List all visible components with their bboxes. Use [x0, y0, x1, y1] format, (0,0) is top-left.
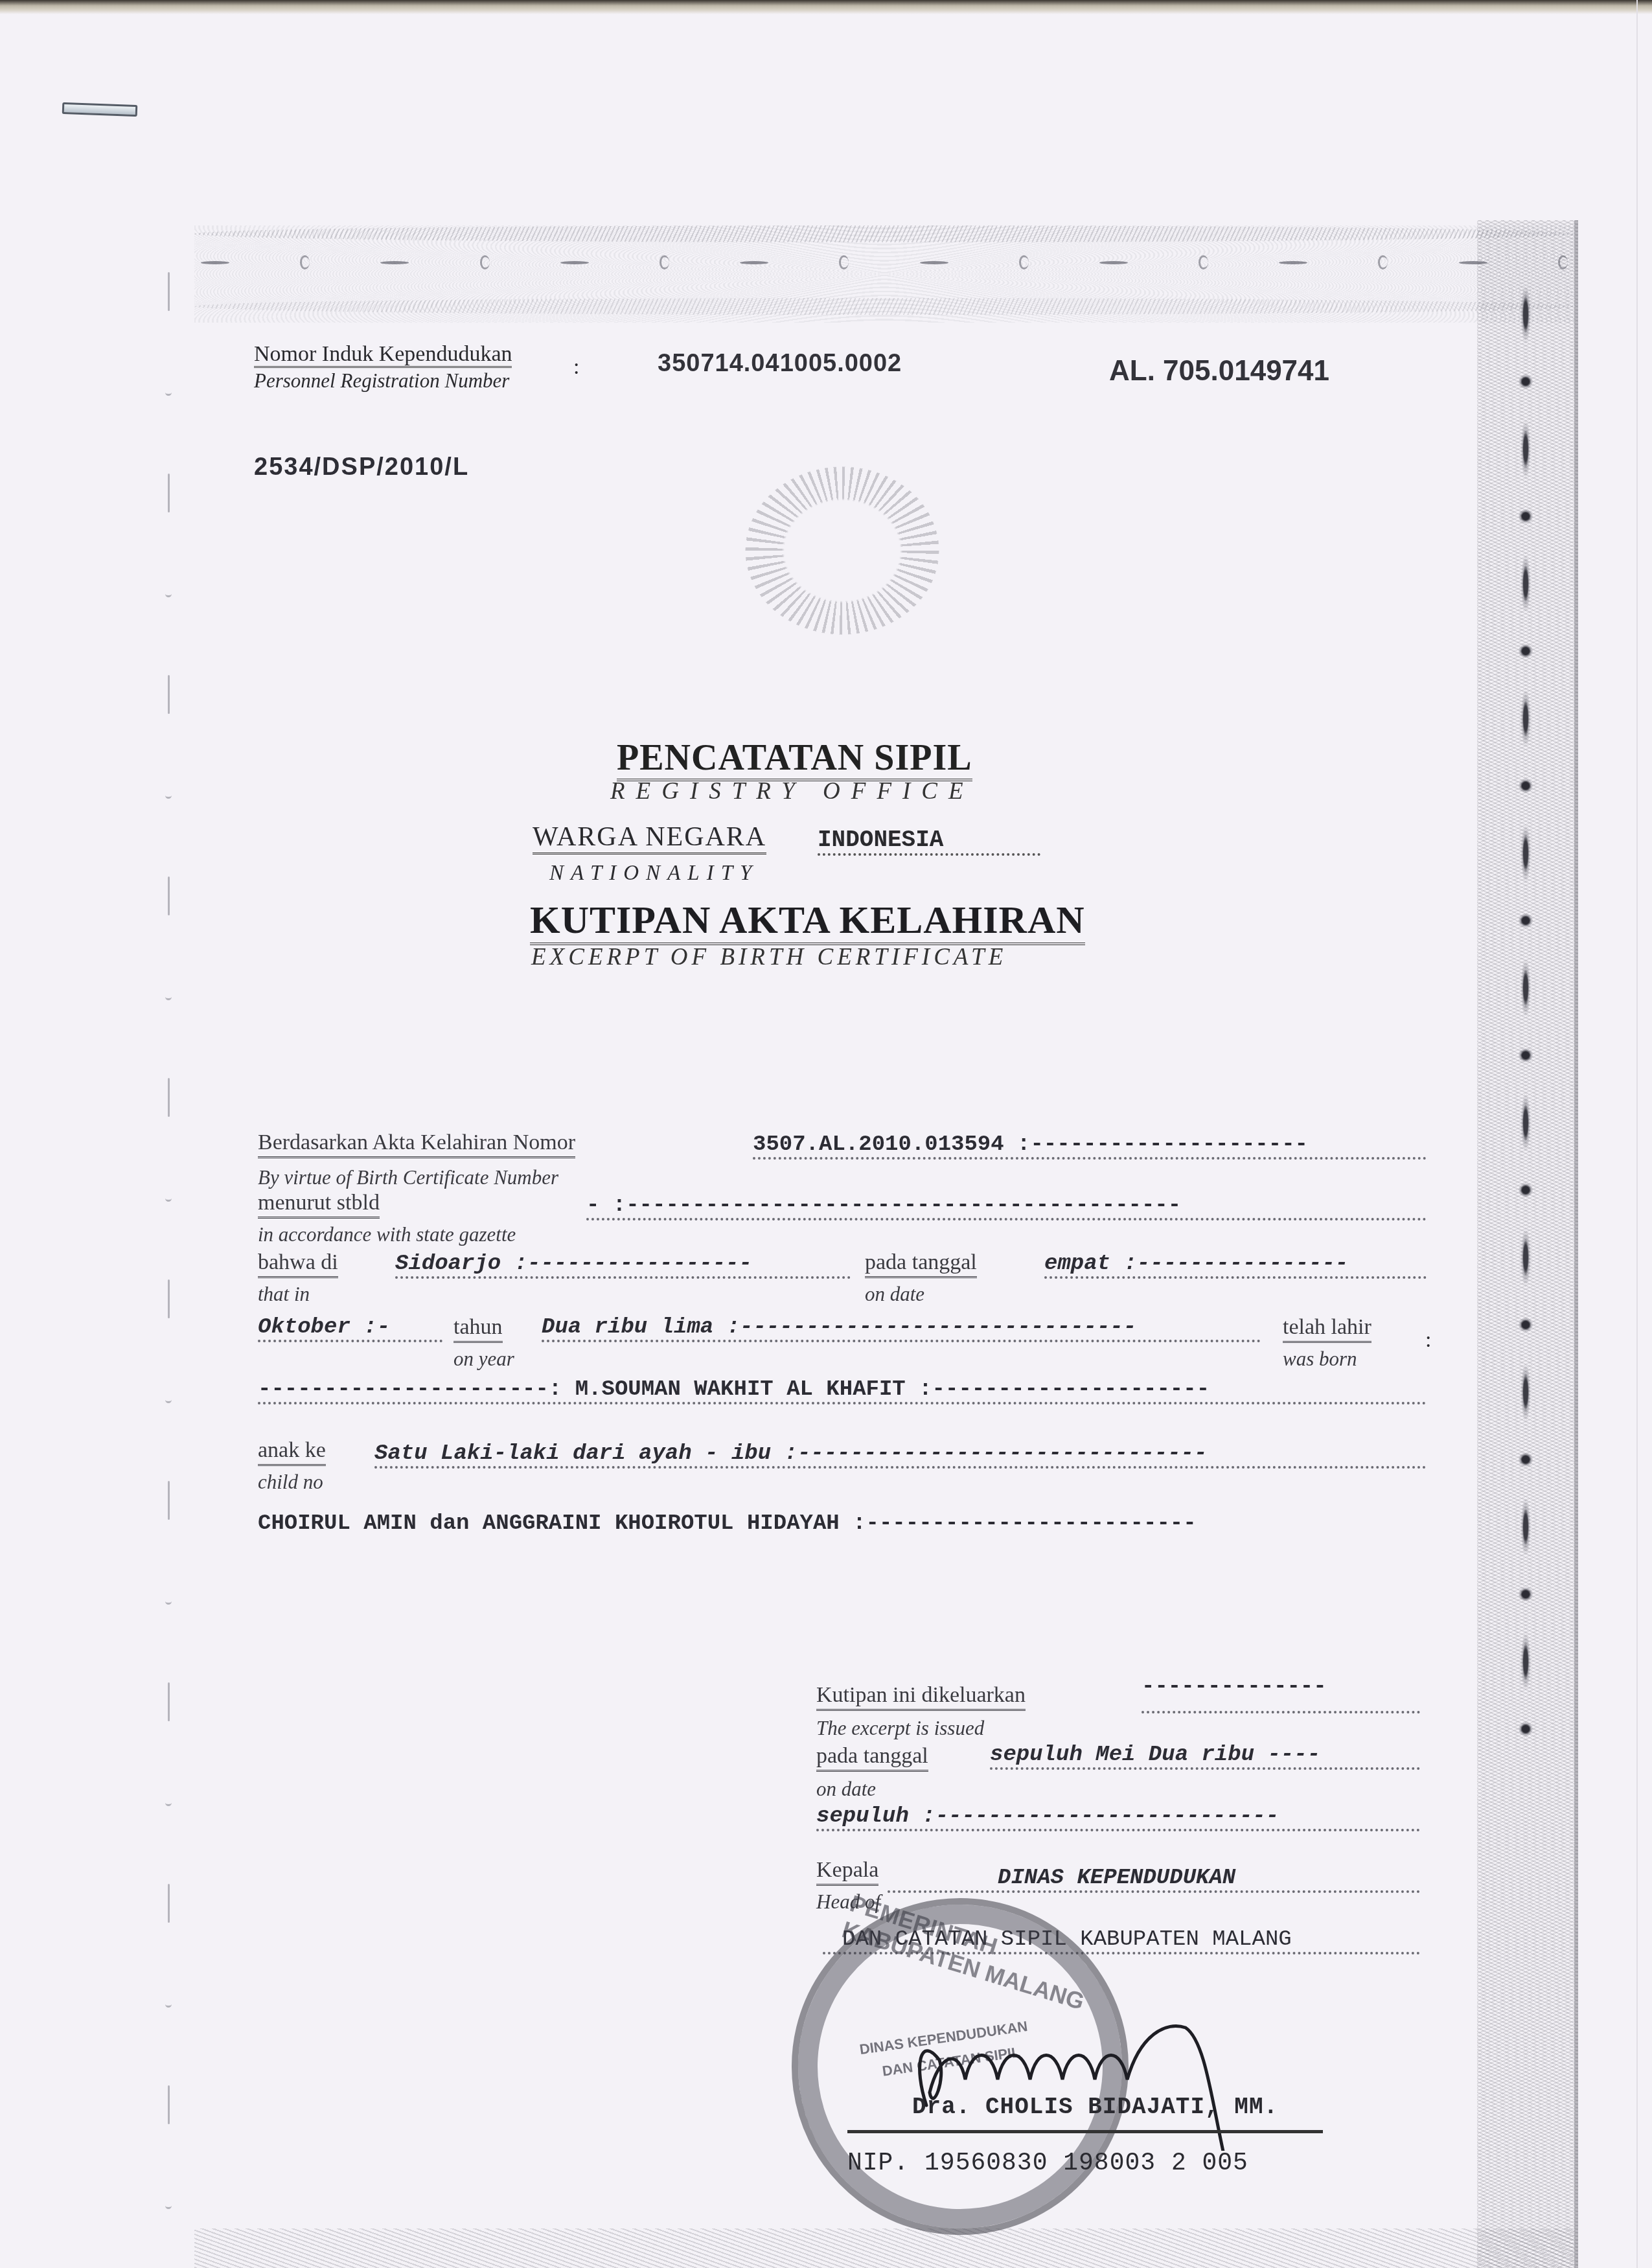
birth-month-value: Oktober :-: [258, 1315, 442, 1342]
serial-number: AL. 705.0149741: [1109, 355, 1329, 387]
border-bottom: [194, 2228, 1574, 2268]
birth-date-label-en: on date: [865, 1283, 924, 1306]
issue-date-value-cont: sepuluh :--------------------------: [816, 1804, 1420, 1831]
child-no-label-en: child no: [258, 1471, 323, 1494]
office-title-en: REGISTRY OFFICE: [610, 777, 974, 805]
nationality-value: INDONESIA: [818, 827, 1040, 856]
place-value: Sidoarjo :-----------------: [395, 1252, 851, 1279]
place-label-en: that in: [258, 1283, 310, 1306]
signature-line: [847, 2130, 1323, 2133]
office-title: PENCATATAN SIPIL: [617, 737, 972, 781]
year-label: tahun: [453, 1315, 503, 1343]
born-label-en: was born: [1283, 1347, 1357, 1371]
born-colon: :: [1425, 1328, 1431, 1353]
parents-names: CHOIRUL AMIN dan ANGGRAINI KHOIROTUL HID…: [258, 1511, 1197, 1536]
place-label: bahwa di: [258, 1250, 338, 1278]
year-label-en: on year: [453, 1347, 514, 1371]
issue-date-label: pada tanggal: [816, 1744, 928, 1772]
document-title-en: EXCERPT OF BIRTH CERTIFICATE: [531, 943, 1007, 971]
issued-label-en: The excerpt is issued: [816, 1717, 984, 1740]
head-office-line-1: DINAS KEPENDUDUKAN: [888, 1866, 1420, 1893]
border-top-ornaments: [201, 256, 1568, 269]
nationality-label: WARGA NEGARA: [533, 821, 766, 854]
register-number: 2534/DSP/2010/L: [254, 453, 469, 481]
official-name: Dra. CHOLIS BIDAJATI, MM.: [912, 2094, 1278, 2120]
nik-value: 350714.041005.0002: [658, 350, 902, 378]
stbld-label-en: in accordance with state gazette: [258, 1223, 516, 1246]
child-no-label: anak ke: [258, 1438, 326, 1466]
official-nip: NIP. 19560830 198003 2 005: [847, 2149, 1248, 2177]
paper-edge: [1636, 0, 1638, 2268]
cert-number-value: 3507.AL.2010.013594 :-------------------…: [753, 1132, 1427, 1160]
nationality-label-en: NATIONALITY: [549, 862, 759, 886]
document-title: KUTIPAN AKTA KELAHIRAN: [530, 898, 1085, 945]
cert-number-label: Berdasarkan Akta Kelahiran Nomor: [258, 1130, 575, 1158]
garuda-emblem-icon: [745, 466, 939, 635]
nik-label: Nomor Induk Kependudukan Personnel Regis…: [254, 342, 512, 393]
issued-value: --------------: [1141, 1675, 1420, 1713]
signature-icon: [901, 2008, 1289, 2151]
scan-top-edge: [0, 0, 1652, 14]
stbld-value: - :-------------------------------------…: [586, 1193, 1427, 1220]
head-label: Kepala: [816, 1858, 878, 1886]
birth-date-value: empat :----------------: [1044, 1252, 1427, 1279]
staple: [62, 102, 138, 117]
birth-date-label: pada tanggal: [865, 1250, 977, 1278]
birth-year-value: Dua ribu lima :-------------------------…: [542, 1315, 1261, 1342]
born-label: telah lahir: [1283, 1315, 1371, 1343]
issued-label: Kutipan ini dikeluarkan: [816, 1683, 1026, 1711]
border-top: [194, 225, 1574, 323]
cert-number-label-en: By virtue of Birth Certificate Number: [258, 1166, 558, 1189]
child-no-value: Satu Laki-laki dari ayah - ibu :--------…: [374, 1441, 1427, 1469]
border-right-chain: [1509, 285, 1542, 2268]
border-left-chain: [162, 272, 175, 2268]
child-name: ----------------------: M.SOUMAN WAKHIT …: [258, 1377, 1427, 1404]
issue-date-value: sepuluh Mei Dua ribu ----: [990, 1743, 1420, 1770]
nik-colon: :: [573, 355, 579, 380]
issue-date-label-en: on date: [816, 1778, 876, 1801]
stbld-label: menurut stbld: [258, 1191, 380, 1219]
